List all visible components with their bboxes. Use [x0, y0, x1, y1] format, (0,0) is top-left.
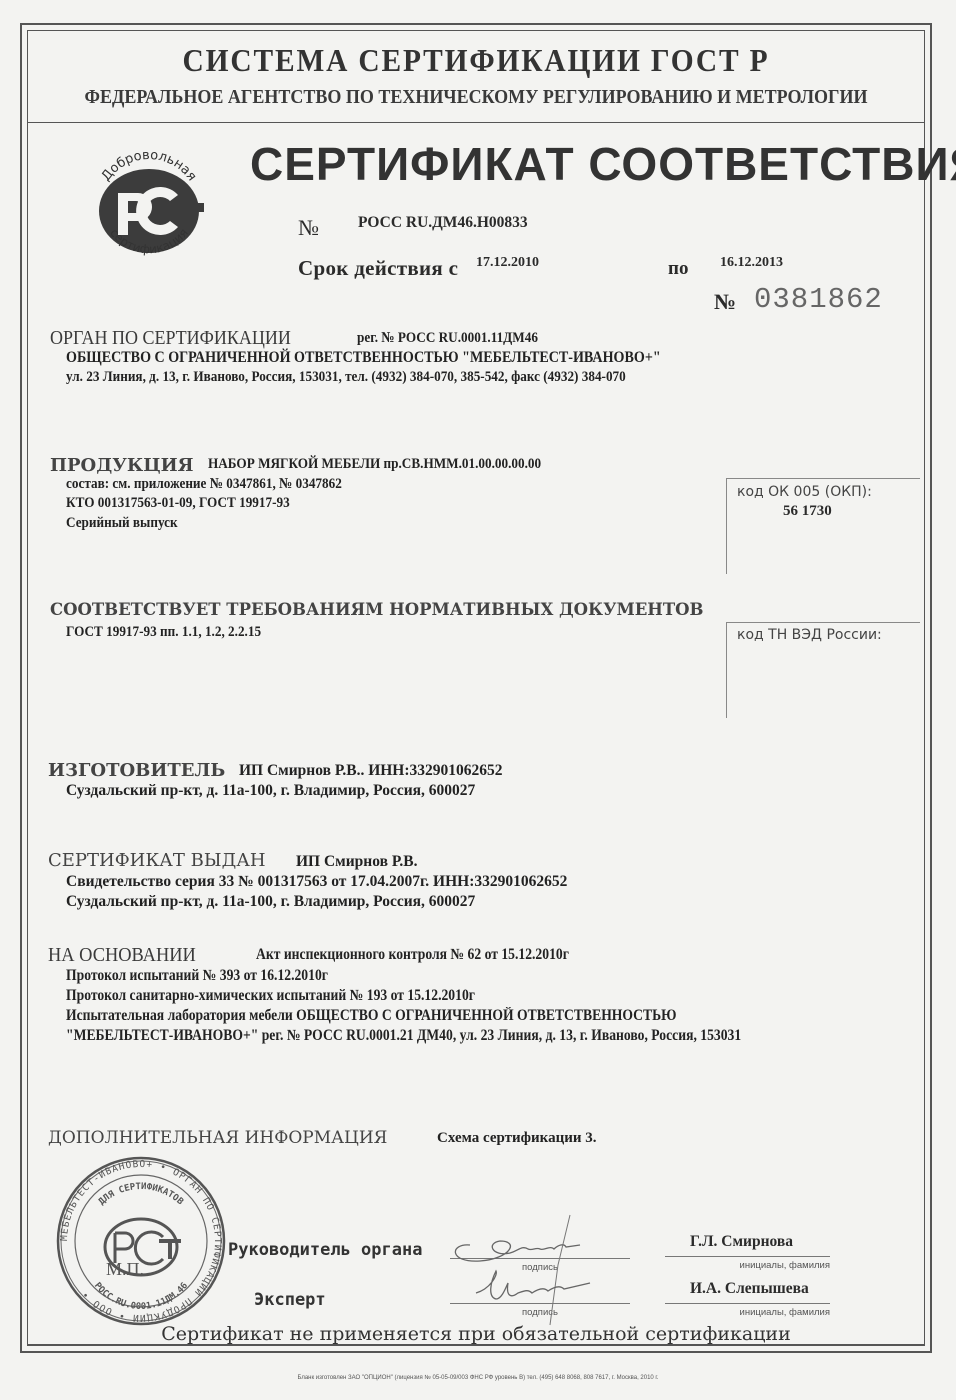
- okp-code-value: 56 1730: [783, 503, 832, 520]
- svg-text:М.П.: М.П.: [106, 1259, 144, 1279]
- okp-code-label: код ОК 005 (ОКП):: [737, 484, 872, 500]
- manufacturer-address: Суздальский пр-кт, д. 11а-100, г. Владим…: [66, 782, 475, 800]
- certification-body-address: ул. 23 Линия, д. 13, г. Иваново, Россия,…: [66, 369, 626, 386]
- round-seal-stamp-icon: МЕБЕЛЬТЕСТ-ИВАНОВО+ • ОРГАН ПО СЕРТИФИКА…: [55, 1155, 227, 1327]
- agency-name: ФЕДЕРАЛЬНОЕ АГЕНТСТВО ПО ТЕХНИЧЕСКОМУ РЕ…: [72, 86, 880, 109]
- certification-body-heading: ОРГАН ПО СЕРТИФИКАЦИИ: [50, 327, 291, 350]
- issued-to-registration: Свидетельство серия 33 № 001317563 от 17…: [66, 873, 567, 891]
- basis-document: Протокол санитарно-химических испытаний …: [66, 987, 475, 1005]
- head-name-caption: инициалы, фамилия: [665, 1260, 830, 1271]
- manufacturer-name: ИП Смирнов Р.В.. ИНН:332901062652: [239, 762, 503, 780]
- svg-text:МЕБЕЛЬТЕСТ-ИВАНОВО+ • ОРГАН ПО: МЕБЕЛЬТЕСТ-ИВАНОВО+ • ОРГАН ПО СЕРТИФИКА…: [59, 1159, 223, 1323]
- tnved-code-box: код ТН ВЭД России:: [726, 622, 920, 718]
- additional-info-heading: ДОПОЛНИТЕЛЬНАЯ ИНФОРМАЦИЯ: [48, 1128, 387, 1148]
- mandatory-certification-notice: Сертификат не применяется при обязательн…: [27, 1323, 925, 1345]
- product-line: КТО 001317563-01-09, ГОСТ 19917-93: [66, 495, 290, 512]
- certification-body-name: ОБЩЕСТВО С ОГРАНИЧЕННОЙ ОТВЕТСТВЕННОСТЬЮ…: [66, 349, 661, 367]
- rst-logo-icon: Добровольная сертификация: [86, 145, 212, 271]
- basis-heading: НА ОСНОВАНИИ: [48, 944, 196, 967]
- basis-first-document: Акт инспекционного контроля № 62 от 15.1…: [256, 946, 569, 964]
- header-divider: [27, 122, 925, 123]
- issued-to-address: Суздальский пр-кт, д. 11а-100, г. Владим…: [66, 893, 475, 911]
- additional-info-text: Схема сертификации 3.: [437, 1130, 597, 1147]
- basis-document: "МЕБЕЛЬТЕСТ-ИВАНОВО+" рег. № РОСС RU.000…: [66, 1027, 741, 1045]
- footer-divider: [27, 1345, 925, 1346]
- validity-label: Срок действия с: [298, 256, 458, 281]
- printer-imprint: Бланк изготовлен ЗАО "ОПЦИОН" (лицензия …: [0, 1375, 956, 1381]
- okp-code-box: код ОК 005 (ОКП): 56 1730: [726, 478, 920, 574]
- expert-name: И.А. Слепышева: [690, 1280, 809, 1298]
- expert-name-line: [665, 1303, 830, 1304]
- manufacturer-heading: ИЗГОТОВИТЕЛЬ: [48, 760, 225, 781]
- head-name-line: [665, 1256, 830, 1257]
- certification-body-reg: рег. № РОСС RU.0001.11ДМ46: [357, 330, 538, 347]
- product-heading: ПРОДУКЦИЯ: [50, 455, 193, 476]
- product-name: НАБОР МЯГКОЙ МЕБЕЛИ пр.СВ.НММ.01.00.00.0…: [208, 456, 541, 473]
- certificate-number: РОСС RU.ДМ46.Н00833: [358, 214, 528, 232]
- handwritten-signature-icon: [440, 1205, 640, 1335]
- number-label: №: [298, 215, 319, 241]
- expert-name-caption: инициалы, фамилия: [665, 1307, 830, 1318]
- product-line: Серийный выпуск: [66, 515, 178, 532]
- basis-document: Протокол испытаний № 393 от 16.12.2010г: [66, 967, 328, 985]
- head-role-label: Руководитель органа: [228, 1240, 422, 1260]
- blank-serial-number: 0381862: [754, 283, 883, 316]
- issued-to-name: ИП Смирнов Р.В.: [296, 853, 417, 871]
- expert-role-label: Эксперт: [254, 1290, 326, 1310]
- conformity-heading: СООТВЕТСТВУЕТ ТРЕБОВАНИЯМ НОРМАТИВНЫХ ДО…: [50, 600, 703, 619]
- svg-text:ДЛЯ СЕРТИФИКАТОВ: ДЛЯ СЕРТИФИКАТОВ: [97, 1182, 185, 1208]
- certificate-title: СЕРТИФИКАТ СООТВЕТСТВИЯ: [250, 137, 956, 191]
- valid-from-date: 17.12.2010: [476, 255, 539, 271]
- tnved-code-label: код ТН ВЭД России:: [737, 627, 882, 643]
- basis-document: Испытательная лаборатория мебели ОБЩЕСТВ…: [66, 1007, 677, 1025]
- valid-to-date: 16.12.2013: [720, 255, 783, 271]
- issued-to-heading: СЕРТИФИКАТ ВЫДАН: [48, 850, 266, 871]
- head-name: Г.Л. Смирнова: [690, 1233, 793, 1251]
- product-line: состав: см. приложение № 0347861, № 0347…: [66, 476, 342, 493]
- valid-to-label: по: [668, 258, 688, 280]
- blank-serial-label: №: [714, 289, 736, 315]
- system-title: СИСТЕМА СЕРТИФИКАЦИИ ГОСТ Р: [63, 42, 889, 79]
- conformity-standard: ГОСТ 19917-93 пп. 1.1, 1.2, 2.2.15: [66, 624, 261, 641]
